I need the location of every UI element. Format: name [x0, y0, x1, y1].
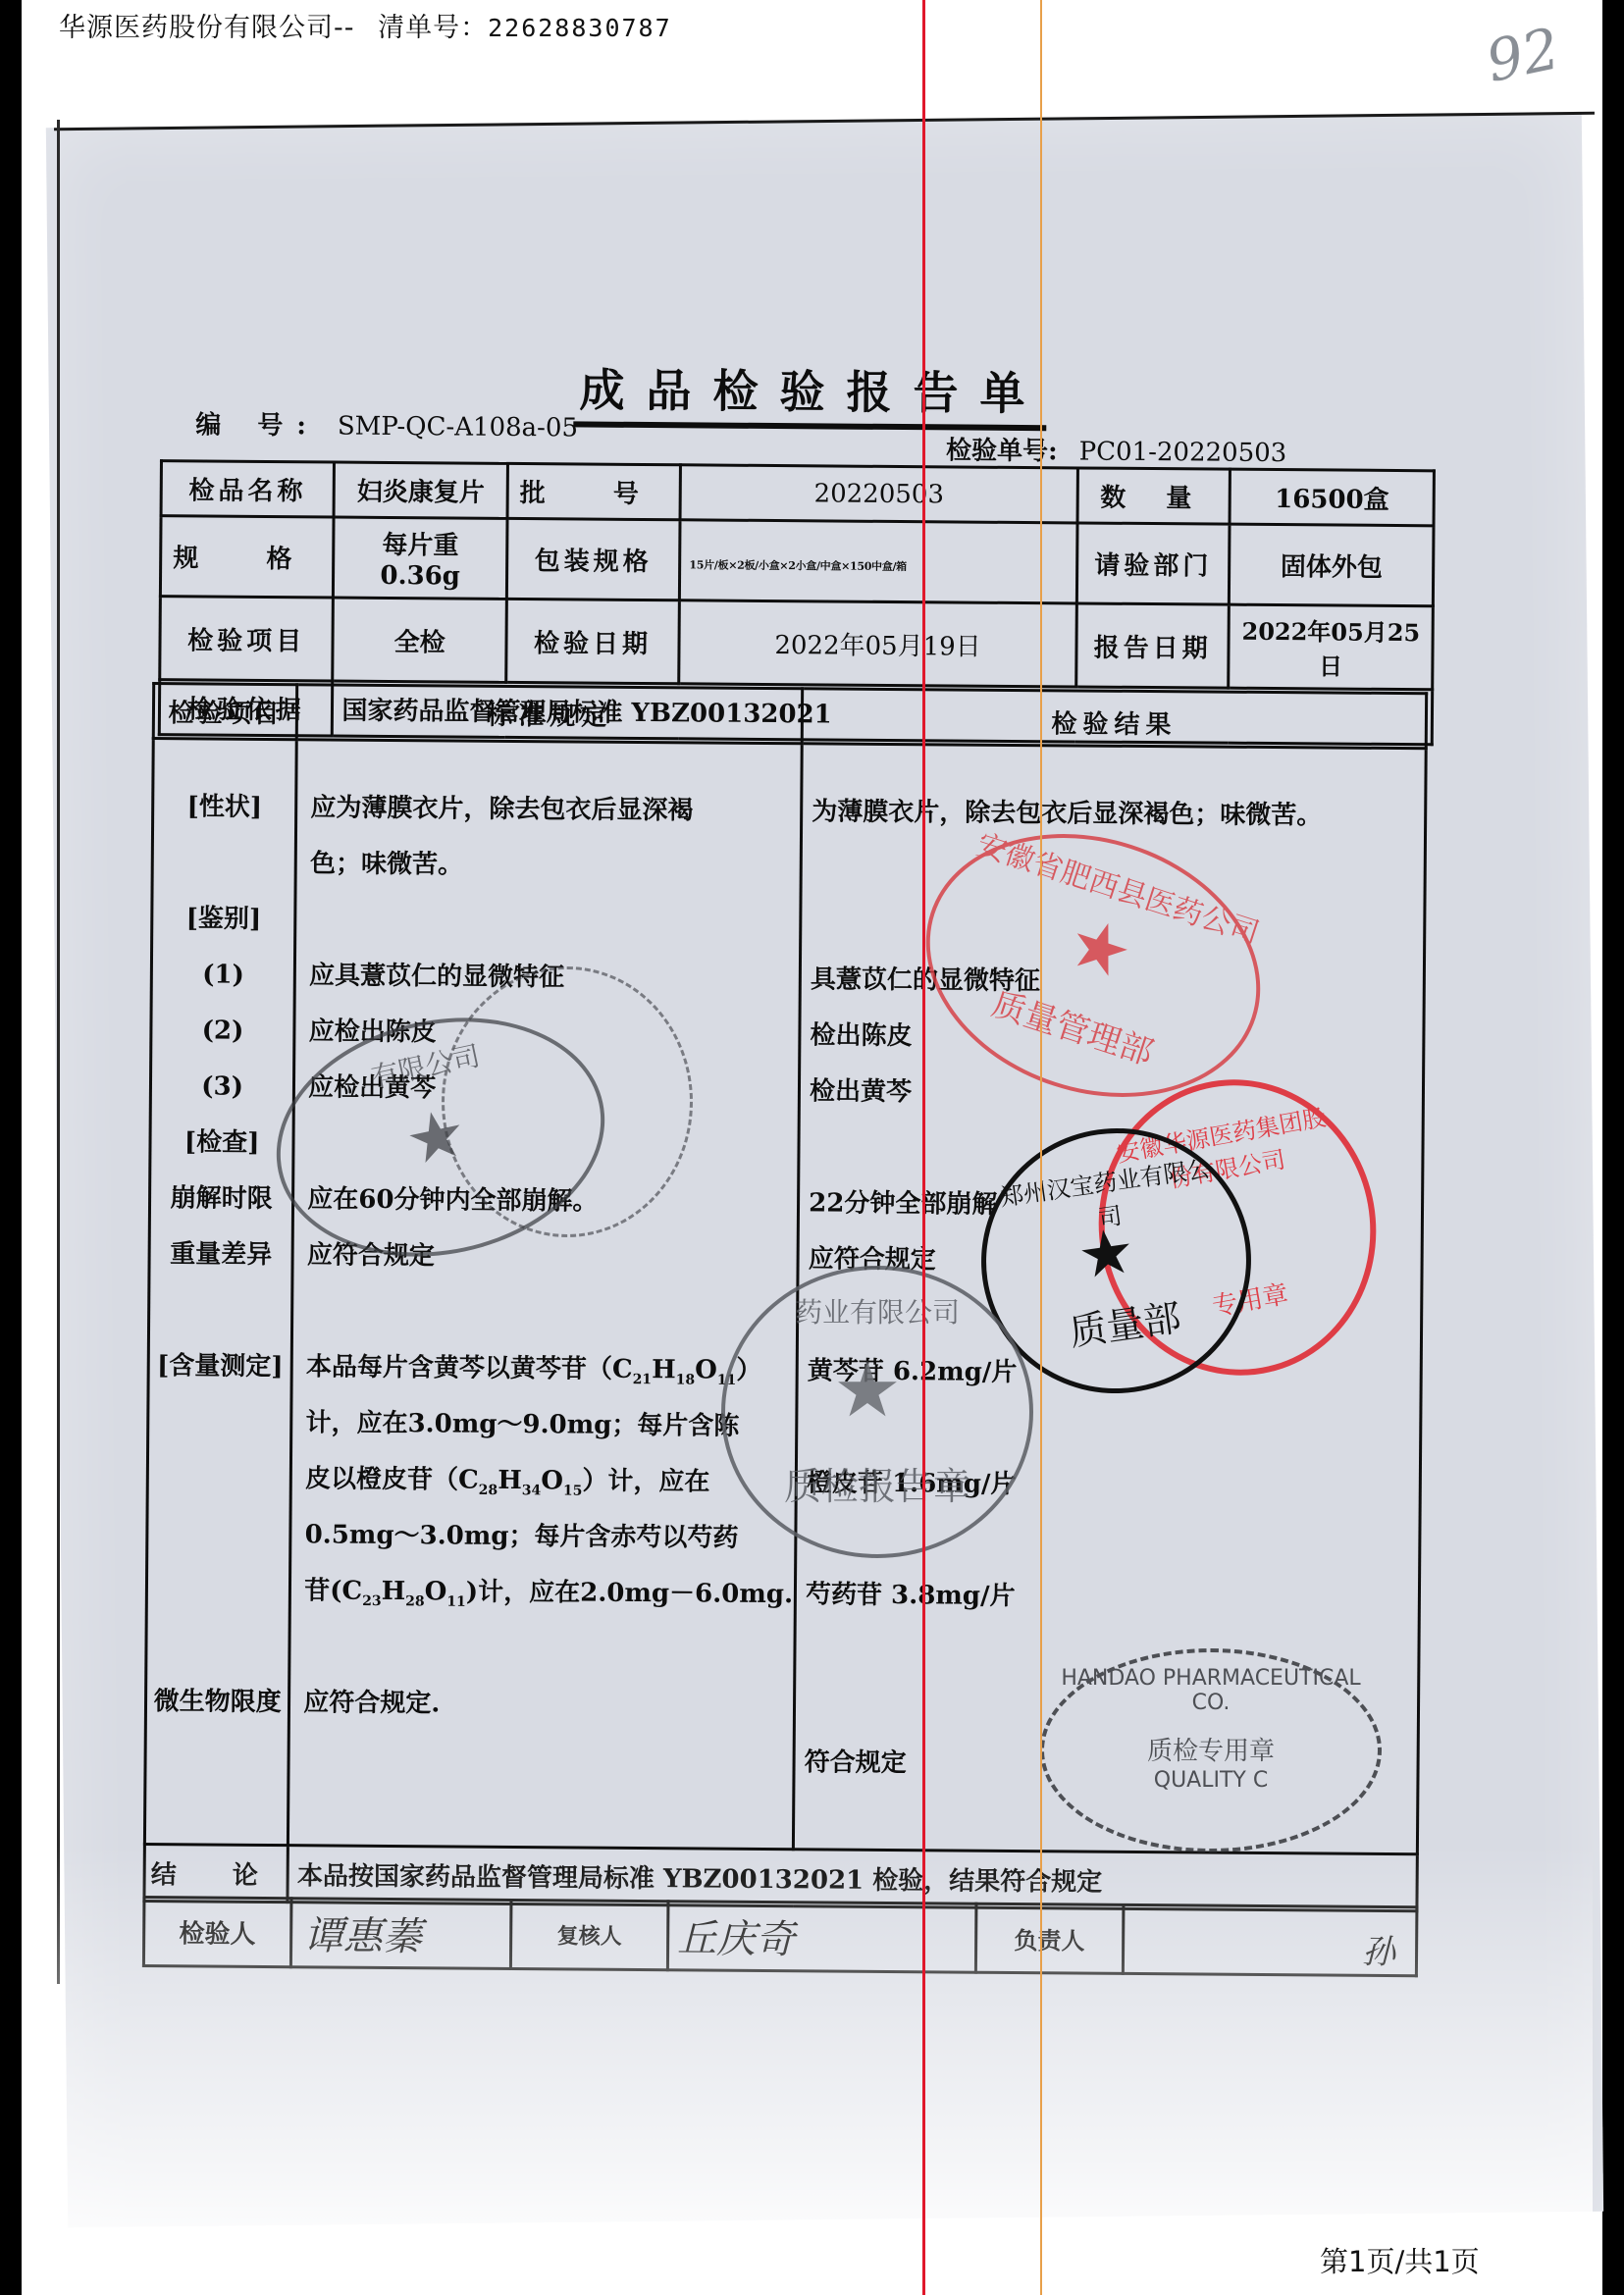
microbe-name: 微生物限度 — [148, 1674, 288, 1731]
company-name: 华源医药股份有限公司-- — [59, 13, 355, 43]
items-header-item: 检验项目 — [153, 684, 297, 740]
info-row: 检验项目 全检 检验日期 2022年05月19日 报告日期 2022年05月25… — [160, 597, 1434, 690]
batch-label: 批 号 — [507, 463, 681, 519]
test-item-label: 检验项目 — [160, 597, 334, 681]
microbe-standard: 应符合规定. — [291, 1675, 792, 1735]
spacer — [297, 892, 798, 952]
quantity-label: 数 量 — [1077, 468, 1231, 524]
star-icon: ★ — [833, 1346, 902, 1434]
items-header-row: 检验项目 标准规定 检验结果 — [153, 684, 1426, 749]
content-standard: 苷(C23H28O11)计，应在2.0mg－6.0mg. — [292, 1563, 793, 1623]
stamp-bottom-text: 质检报告章 — [725, 1456, 1029, 1510]
item-name: [性状] — [155, 779, 294, 836]
report-code: 编 号:SMP-QC-A108a-05 — [195, 404, 578, 443]
inspection-number: 检验单号:PC01-20220503 — [946, 430, 1286, 469]
report-code-label: 编 号: — [195, 410, 320, 441]
stamp-inner-text: 质检专用章 — [1044, 1731, 1378, 1767]
spacer — [291, 1731, 792, 1791]
product-name: 妇炎康复片 — [334, 462, 507, 518]
spacer — [148, 1618, 288, 1675]
test-date-label: 检验日期 — [506, 599, 680, 683]
content-result: 芍药苷 3.8mg/片 — [798, 1567, 1417, 1628]
quantity-value: 16500盒 — [1230, 469, 1434, 526]
spacer — [292, 1619, 793, 1679]
scan-border-right — [1602, 0, 1624, 2295]
spacer — [150, 1450, 289, 1507]
spacer — [151, 1282, 290, 1339]
stamp-english-text: QUALITY C — [1044, 1768, 1378, 1793]
test-date-value: 2022年05月19日 — [679, 600, 1076, 687]
spacer — [155, 835, 294, 892]
spacer — [149, 1562, 288, 1619]
margin-line-red — [922, 0, 925, 2295]
batch-number: 20220503 — [680, 465, 1077, 523]
stamp-oval-quality: HANDAO PHARMACEUTICAL CO. 质检专用章 QUALITY … — [1040, 1648, 1382, 1852]
product-name-label: 检品名称 — [161, 461, 335, 517]
stamp-gray-left-outer — [442, 966, 693, 1237]
stamp-ring-text: HANDAO PHARMACEUTICAL CO. — [1044, 1666, 1378, 1715]
margin-line-orange — [1040, 0, 1042, 2295]
scan-fade — [57, 1845, 1593, 2237]
stamp-gray-inspection: 药业有限公司 ★ 质检报告章 — [721, 1266, 1033, 1558]
items-header-standard: 标准规定 — [297, 685, 803, 744]
info-row: 规 格 每片重0.36g 包装规格 15片/板×2板/小盒×2小盒/中盒×150… — [160, 516, 1434, 606]
item-name: 重量差异 — [151, 1226, 290, 1283]
spec-label: 规 格 — [160, 516, 334, 598]
page-indicator: 第1页/共1页 — [1320, 2240, 1480, 2280]
item-name: [检查] — [152, 1115, 291, 1172]
scan-edge-left — [57, 120, 60, 1984]
content-standard: 本品每片含黄芩以黄芩苷（C21H18O11） — [294, 1339, 795, 1399]
test-item-value: 全检 — [333, 598, 506, 682]
info-row: 检品名称 妇炎康复片 批 号 20220503 数 量 16500盒 — [161, 461, 1434, 526]
item-name: (2) — [153, 1003, 292, 1060]
report-date-label: 报告日期 — [1076, 603, 1230, 688]
content-standard: 计，应在3.0mg～9.0mg；每片含陈 — [293, 1395, 794, 1455]
request-dept-label: 请验部门 — [1076, 523, 1230, 604]
spacer — [147, 1786, 287, 1843]
spacer — [147, 1730, 287, 1787]
list-label: 清单号： — [378, 13, 488, 43]
spacer — [294, 1283, 795, 1343]
request-dept-value: 固体外包 — [1230, 524, 1434, 606]
report-date-value: 2022年05月25日 — [1229, 604, 1433, 690]
handwritten-page-mark: 92 — [1481, 15, 1565, 95]
item-result: 为薄膜衣片，除去包衣后显深褐色；味微苦。 — [804, 784, 1423, 845]
list-number: 22628830787 — [488, 14, 672, 42]
packing-label: 包装规格 — [506, 518, 680, 600]
packing-value: 15片/板×2板/小盒×2小盒/中盒×150中盒/箱 — [689, 558, 907, 573]
items-header-result: 检验结果 — [802, 689, 1426, 749]
scan-border-left — [0, 0, 22, 2295]
report-title: 成品检验报告单 — [573, 354, 1047, 431]
spacer — [290, 1787, 791, 1847]
item-name: (1) — [154, 947, 293, 1004]
item-name: 崩解时限 — [152, 1171, 291, 1227]
spec-value: 每片重0.36g — [334, 517, 507, 599]
spacer — [150, 1394, 289, 1451]
star-icon: ★ — [1074, 1215, 1139, 1294]
report-code-value: SMP-QC-A108a-05 — [338, 412, 578, 443]
item-standard: 应为薄膜衣片，除去包衣后显深褐 — [298, 780, 799, 840]
stamp-ring-text: 药业有限公司 — [725, 1291, 1029, 1330]
item-names-column: [性状][鉴别](1)(2)(3)[检查]崩解时限重量差异[含量测定]微生物限度 — [144, 739, 296, 1846]
spacer — [149, 1506, 288, 1563]
star-icon: ★ — [1059, 901, 1142, 996]
content-standard: 皮以橙皮苷（C28H34O15）计，应在 — [293, 1451, 794, 1511]
page-header: 华源医药股份有限公司-- 清单号：22628830787 — [59, 6, 672, 44]
item-standard: 色；味微苦。 — [298, 836, 799, 896]
content-standard: 0.5mg～3.0mg；每片含赤芍以芍药 — [292, 1507, 793, 1567]
item-name: [鉴别] — [154, 891, 293, 948]
content-name: [含量测定] — [151, 1338, 290, 1395]
inspection-number-value: PC01-20220503 — [1079, 437, 1287, 468]
